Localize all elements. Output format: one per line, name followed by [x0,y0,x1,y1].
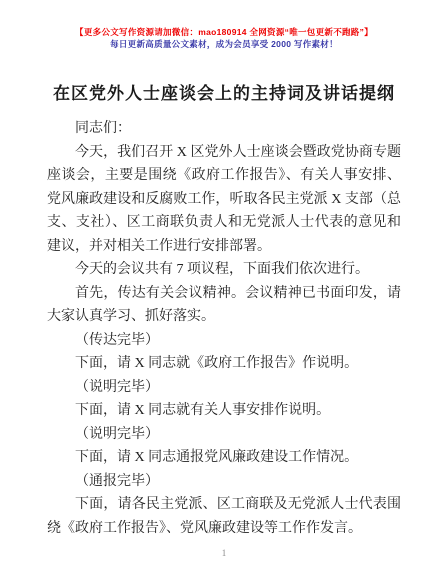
paragraph-salutation: 同志们： [47,117,401,141]
paragraph-stage-note: （传达完毕） [47,329,401,353]
paragraph: 今天，我们召开 X 区党外人士座谈会暨政党协商专题座谈会，主要是围绕《政府工作报… [47,141,401,259]
paragraph: 今天的会议共有 7 项议程，下面我们依次进行。 [47,258,401,282]
paragraph-stage-note: （说明完毕） [47,423,401,447]
paragraph-stage-note: （说明完毕） [47,376,401,400]
document-body: 同志们： 今天，我们召开 X 区党外人士座谈会暨政党协商专题座谈会，主要是围绕《… [47,117,401,540]
paragraph: 下面，请 X 同志就有关人事安排作说明。 [47,399,401,423]
page-number: 1 [0,548,448,558]
paragraph: 首先，传达有关会议精神。会议精神已书面印发，请大家认真学习、抓好落实。 [47,282,401,329]
header-ad-block: 【更多公文写作资源请加微信：mao180914 全网资源“唯一包更新不跑路”】 … [0,0,448,50]
header-ad-line-blue: 每日更新高质量公文素材，成为会员享受 2000 写作素材！ [0,38,448,50]
document-page: 【更多公文写作资源请加微信：mao180914 全网资源“唯一包更新不跑路”】 … [0,0,448,580]
document-title: 在区党外人士座谈会上的主持词及讲话提纲 [24,83,424,105]
paragraph: 下面，请 X 同志就《政府工作报告》作说明。 [47,352,401,376]
paragraph-stage-note: （通报完毕） [47,470,401,494]
header-ad-line-red: 【更多公文写作资源请加微信：mao180914 全网资源“唯一包更新不跑路”】 [0,26,448,38]
paragraph: 下面，请各民主党派、区工商联及无党派人士代表围绕《政府工作报告》、党风廉政建设等… [47,493,401,540]
paragraph: 下面，请 X 同志通报党风廉政建设工作情况。 [47,446,401,470]
